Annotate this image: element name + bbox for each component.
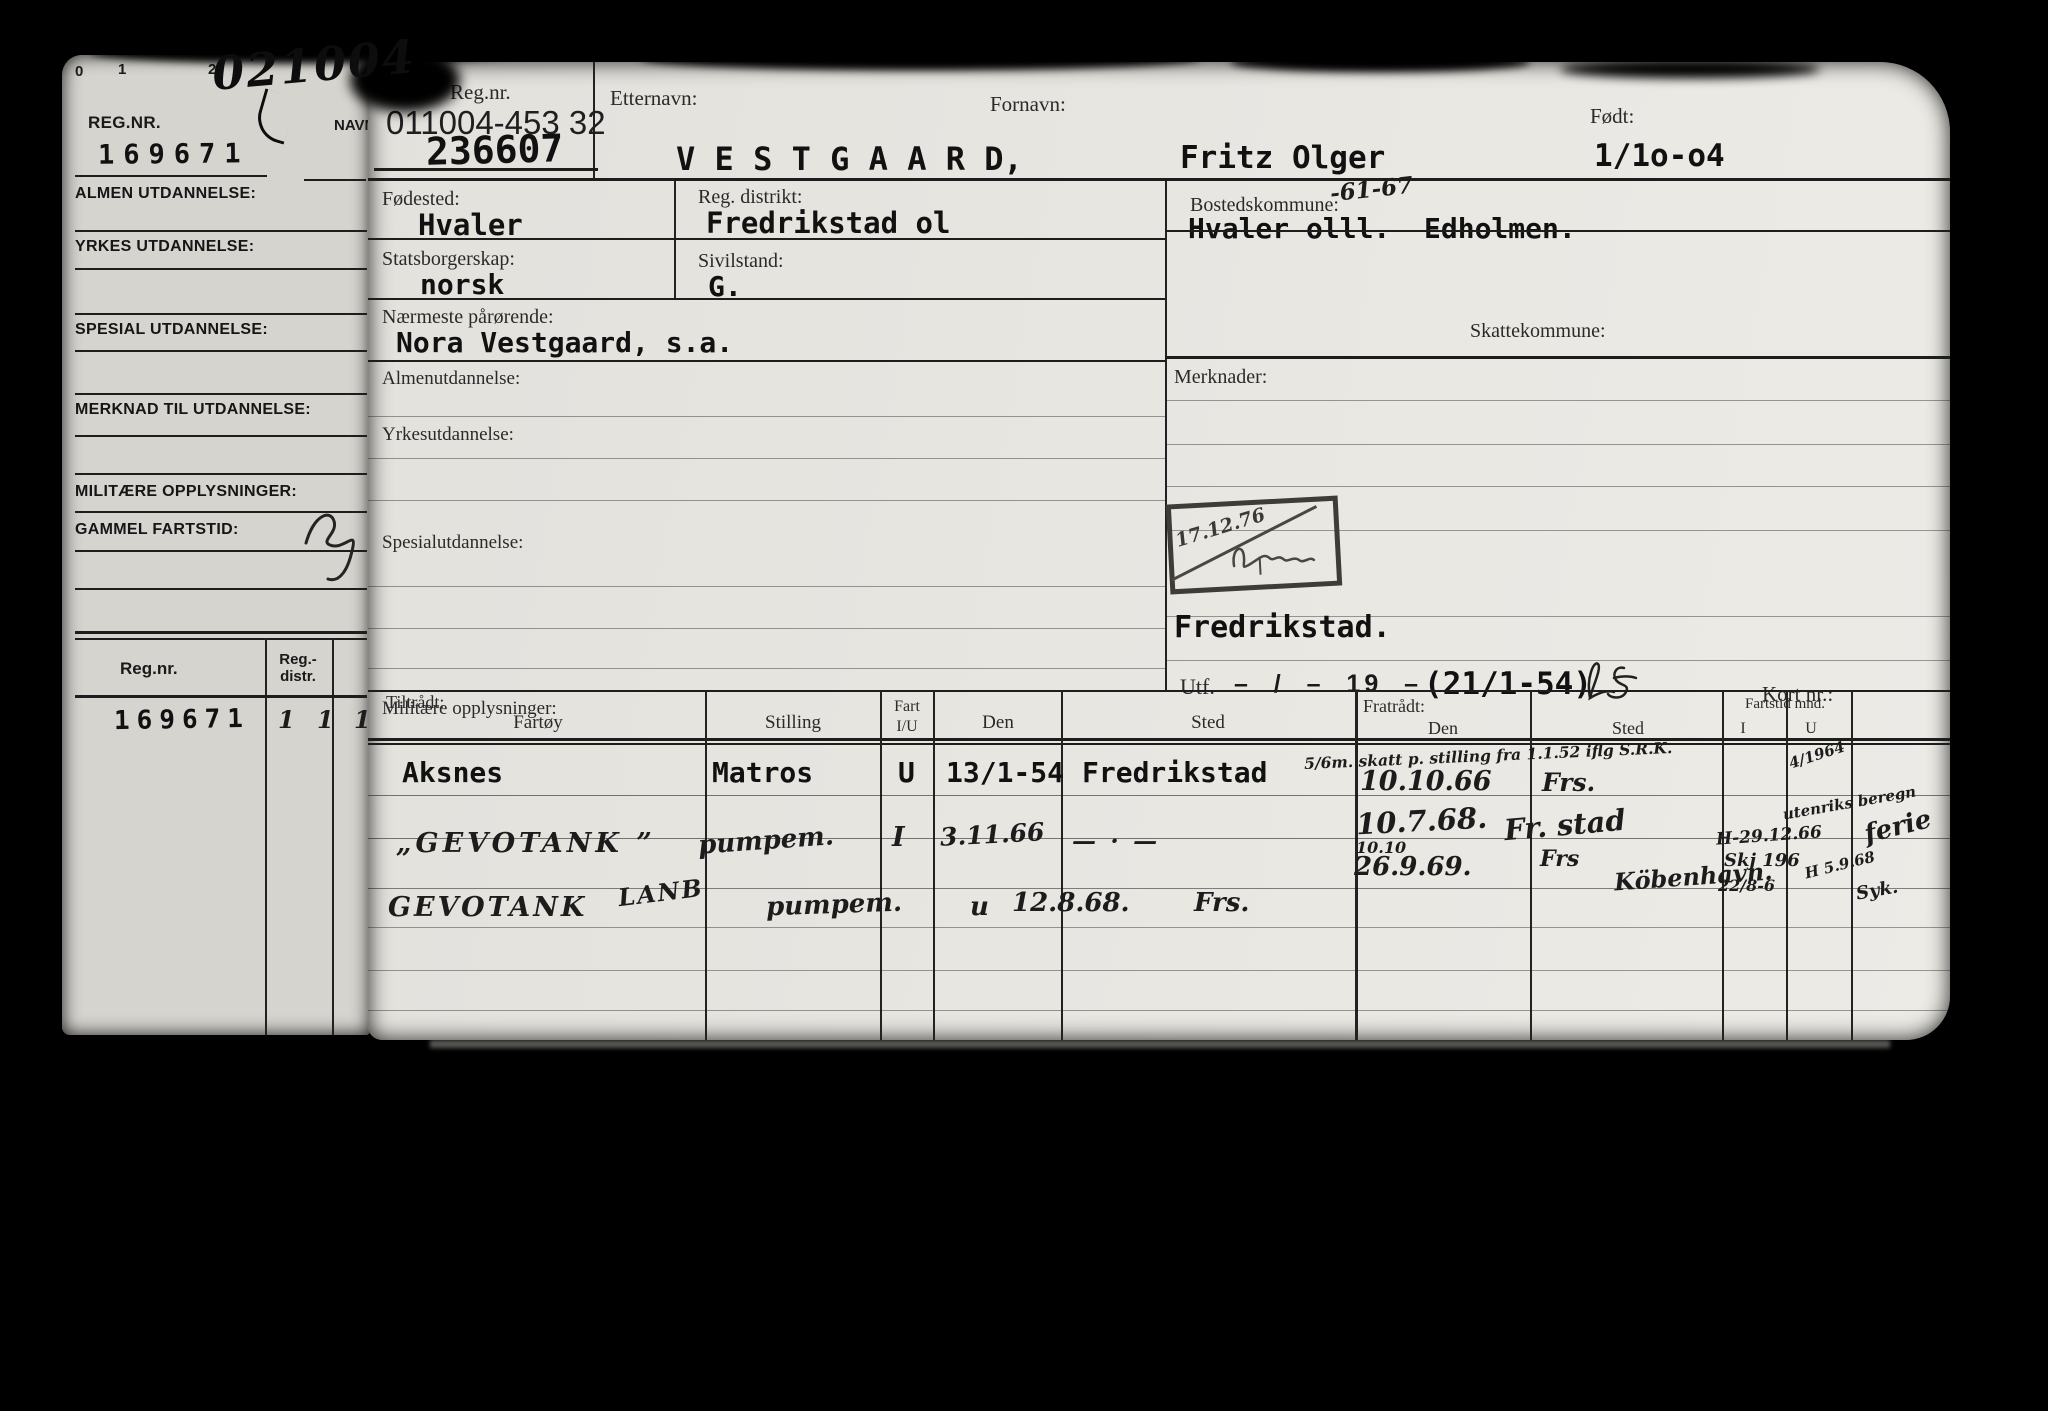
double-rule xyxy=(75,631,367,634)
col-divider xyxy=(1061,690,1063,1040)
fornavn-value: Fritz Olger xyxy=(1180,140,1385,176)
row2-stilling: pumpem. xyxy=(697,821,835,860)
row2-fratraadt-sted: Fr. stad xyxy=(1503,803,1627,847)
row2-margin-note2: ferie xyxy=(1861,804,1934,850)
rule-line xyxy=(75,435,367,437)
rule-line xyxy=(75,313,367,315)
rule-line xyxy=(368,298,1165,300)
header-fratraadt-den: Den xyxy=(1368,718,1518,739)
row2-fartstid-i: H-29.12.66 xyxy=(1715,822,1822,849)
table-top-rule xyxy=(368,690,1950,692)
rule-line xyxy=(75,588,367,590)
merknader-label: Merknader: xyxy=(1174,366,1267,389)
yrkesutdannelse-label: Yrkesutdannelse: xyxy=(382,424,514,446)
skattekommune-label: Skattekommune: xyxy=(1470,320,1606,343)
row3-stilling: pumpem. xyxy=(766,888,903,923)
row1-den: 13/1-54 xyxy=(946,756,1064,789)
utf-value: – / – 19 – xyxy=(1234,670,1422,699)
header-fartoy: Fartøy xyxy=(428,712,648,734)
utf-signature xyxy=(1580,654,1650,706)
col-divider xyxy=(1530,690,1532,1040)
back-table-distr-value: 1 1 xyxy=(278,705,341,734)
header-rule2 xyxy=(368,743,1950,745)
scan-grime xyxy=(1230,52,1530,72)
utf-date: (21/1-54) xyxy=(1424,666,1592,702)
row2-fratraadt-den: 10.7.68. xyxy=(1355,801,1488,842)
section-rule xyxy=(1165,356,1950,359)
row2-fart: I xyxy=(892,822,905,853)
row3-fratraadt-sted: Frs xyxy=(1540,846,1579,872)
header-fratraadt: Fratrådt: xyxy=(1363,696,1425,717)
header-fratraadt-sted: Sted xyxy=(1538,718,1718,739)
row3-sted: Frs. xyxy=(1194,888,1249,918)
rule-line xyxy=(75,695,367,698)
header-fartstid-u: U xyxy=(1796,720,1826,738)
fodested-value: Hvaler xyxy=(418,208,523,242)
row3-fartoy-suffix: LANB xyxy=(617,873,706,912)
rule-line xyxy=(75,473,367,475)
fornavn-label: Fornavn: xyxy=(990,92,1066,117)
back-table-header-regnr: Reg.nr. xyxy=(120,659,178,679)
col-divider xyxy=(933,690,935,1040)
field-almen-utdannelse: ALMEN UTDANNELSE: xyxy=(75,185,256,203)
column-divider xyxy=(1165,181,1167,690)
field-yrkes-utdannelse: YRKES UTDANNELSE: xyxy=(75,238,254,256)
row1-fratraadt-sted: Frs. xyxy=(1542,768,1595,797)
header-stilling: Stilling xyxy=(728,712,858,734)
row3-margin-note2: Syk. xyxy=(1854,876,1899,904)
row1-fratraadt-den: 10.10.66 xyxy=(1360,766,1492,797)
utf-label: Utf. xyxy=(1180,674,1215,700)
row3-fartstid-i: Skj 196 xyxy=(1724,850,1800,871)
row3-fart: u xyxy=(970,892,989,922)
row3-fratraadt-den: 26.9.69. xyxy=(1354,852,1472,882)
header-den: Den xyxy=(938,712,1058,734)
regdistrikt-value: Fredrikstad ol xyxy=(706,206,950,240)
header-fartstid: Fartstid mnd. xyxy=(1720,696,1850,713)
ruler-mark-1: 1 xyxy=(118,61,126,78)
rule-line xyxy=(368,360,1165,362)
scanned-register-card: 0 1 2 REG.NR. NAVN 169671 ALMEN UTDANNEL… xyxy=(0,0,2048,1411)
fodt-label: Født: xyxy=(1590,104,1634,129)
statsborgerskap-value: norsk xyxy=(420,268,504,301)
rule-line xyxy=(1165,230,1950,232)
scan-grime xyxy=(1560,60,1820,78)
ruler-mark-0: 0 xyxy=(75,63,83,80)
column-divider xyxy=(265,638,267,1035)
section-rule xyxy=(368,178,1950,181)
tiltraadt-label: Tiltrådt: xyxy=(386,692,444,713)
rule-line xyxy=(75,230,367,232)
row1-stilling: Matros xyxy=(712,756,813,789)
spesialutdannelse-label: Spesialutdannelse: xyxy=(382,532,523,554)
row2-fartoy: „GEVOTANK ” xyxy=(396,828,656,859)
almenutdannelse-label: Almenutdannelse: xyxy=(382,368,520,390)
back-card: 0 1 2 REG.NR. NAVN 169671 ALMEN UTDANNEL… xyxy=(62,55,370,1035)
field-spesial-utdannelse: SPESIAL UTDANNELSE: xyxy=(75,321,268,339)
row2-sted: — · — xyxy=(1072,826,1160,855)
header-sted: Sted xyxy=(1068,712,1348,734)
row1-fartoy: Aksnes xyxy=(402,756,503,789)
field-gammel-fartstid: GAMMEL FARTSTID: xyxy=(75,521,239,539)
header-fartstid-i: I xyxy=(1728,720,1758,738)
header-fart-iu: I/U xyxy=(882,718,932,736)
main-card: Reg.nr. 011004-453 32 236607 Etternavn: … xyxy=(368,62,1950,1040)
back-regnr-label: REG.NR. xyxy=(88,113,161,133)
etternavn-label: Etternavn: xyxy=(610,86,697,111)
date-stamp: 17.12.76 xyxy=(1166,496,1342,595)
rule-line xyxy=(368,238,1165,240)
back-navn-label: NAVN xyxy=(334,117,370,134)
rule-line xyxy=(75,350,367,352)
column-divider xyxy=(332,638,334,1035)
field-militaere-opplysninger: MILITÆRE OPPLYSNINGER: xyxy=(75,483,297,501)
header-fart: Fart xyxy=(882,698,932,716)
stamp-signature xyxy=(1229,532,1317,576)
merknad-sted-value: Fredrikstad. xyxy=(1174,610,1391,645)
row3-fartstid-i2: 22/8-6 xyxy=(1718,876,1775,895)
row1-fart: U xyxy=(898,756,915,789)
row3-margin-note: H 5.9.68 xyxy=(1803,848,1877,883)
rule-line xyxy=(75,393,367,395)
column-divider xyxy=(674,181,676,300)
back-table-header-distr: Reg.- xyxy=(268,651,328,668)
bostedskommune-value: Hvaler olll. Edholmen. xyxy=(1188,212,1576,245)
rule-line xyxy=(374,168,598,171)
rule-line xyxy=(304,179,366,181)
card-bottom-edge xyxy=(430,1040,1890,1048)
col-divider xyxy=(880,690,882,1040)
row2-den: 3.11.66 xyxy=(939,817,1045,851)
col-divider xyxy=(705,690,707,1040)
row3-fartoy: GEVOTANK xyxy=(388,892,587,923)
etternavn-value: V E S T G A A R D, xyxy=(676,140,1023,178)
field-merknad-utdannelse: MERKNAD TIL UTDANNELSE: xyxy=(75,401,311,419)
back-table-regnr-value: 169671 xyxy=(114,704,250,736)
rule-line xyxy=(75,268,367,270)
scan-grime xyxy=(640,46,1200,70)
rule-line xyxy=(75,175,267,177)
back-table-header-distr2: distr. xyxy=(268,668,328,685)
fodt-value: 1/1o-o4 xyxy=(1594,138,1725,174)
regnr-stamp: 236607 xyxy=(425,126,563,174)
back-regnr-value: 169671 xyxy=(98,138,250,171)
double-rule xyxy=(75,638,367,640)
row1-sted: Fredrikstad xyxy=(1082,756,1267,789)
parorende-value: Nora Vestgaard, s.a. xyxy=(396,326,733,359)
handwriting-scribble xyxy=(300,507,364,585)
header-rule xyxy=(368,738,1950,741)
row3-den: 12.8.68. xyxy=(1012,888,1130,918)
